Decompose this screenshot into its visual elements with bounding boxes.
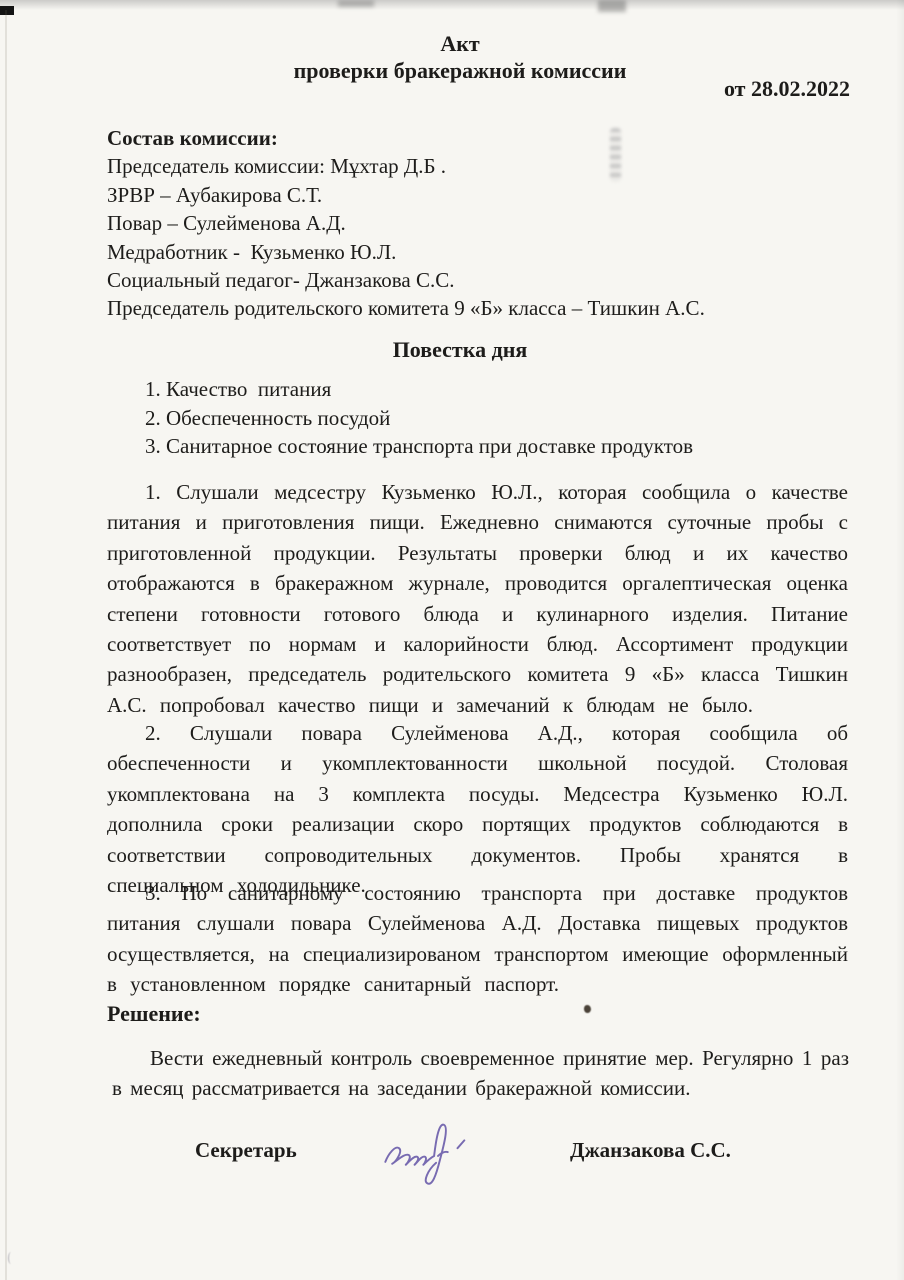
scan-edge-band — [0, 0, 904, 10]
decision-heading: Решение: — [107, 1001, 201, 1027]
committee-heading: Состав комиссии: — [107, 124, 848, 152]
committee-member: Социальный педагог- Джанзакова С.С. — [107, 266, 848, 294]
agenda-list: 1. Качество питания 2. Обеспеченность по… — [145, 375, 845, 461]
paragraph-3: 3. По санитарному состоянию транспорта п… — [107, 878, 848, 1000]
scan-ink-speck — [8, 1252, 14, 1264]
committee-member: ЗРВР – Аубакирова С.Т. — [107, 181, 848, 209]
scan-smudge — [598, 0, 626, 12]
committee-member: Повар – Сулейменова А.Д. — [107, 209, 848, 237]
signature-name: Джанзакова С.С. — [570, 1138, 731, 1163]
handwritten-signature — [378, 1116, 498, 1194]
signature-role-label: Секретарь — [195, 1138, 297, 1163]
committee-member: Медработник - Кузьменко Ю.Л. — [107, 238, 848, 266]
agenda-item: 3. Санитарное состояние транспорта при д… — [145, 432, 845, 461]
paragraph-2: 2. Слушали повара Сулейменова А.Д., кото… — [107, 718, 848, 900]
scan-corner-mark — [0, 6, 14, 15]
title-line-1: Акт — [70, 30, 850, 57]
committee-member: Председатель комиссии: Мұхтар Д.Б . — [107, 152, 848, 180]
document-date: от 28.02.2022 — [724, 76, 850, 102]
committee-member: Председатель родительского комитета 9 «Б… — [107, 294, 848, 322]
scan-ink-speck — [584, 1005, 591, 1013]
paragraph-1: 1. Слушали медсестру Кузьменко Ю.Л., кот… — [107, 477, 848, 720]
committee-section: Состав комиссии: Председатель комиссии: … — [107, 124, 848, 323]
scan-edge-line — [5, 10, 7, 1280]
agenda-heading: Повестка дня — [70, 337, 850, 363]
decision-paragraph: Вести ежедневный контроль своевременное … — [112, 1043, 849, 1104]
agenda-item: 2. Обеспеченность посудой — [145, 404, 845, 433]
scan-edge-shade — [896, 0, 904, 1280]
scanned-document-page: Акт проверки бракеражной комиссии от 28.… — [0, 0, 904, 1280]
agenda-item: 1. Качество питания — [145, 375, 845, 404]
scan-smudge — [338, 0, 374, 7]
